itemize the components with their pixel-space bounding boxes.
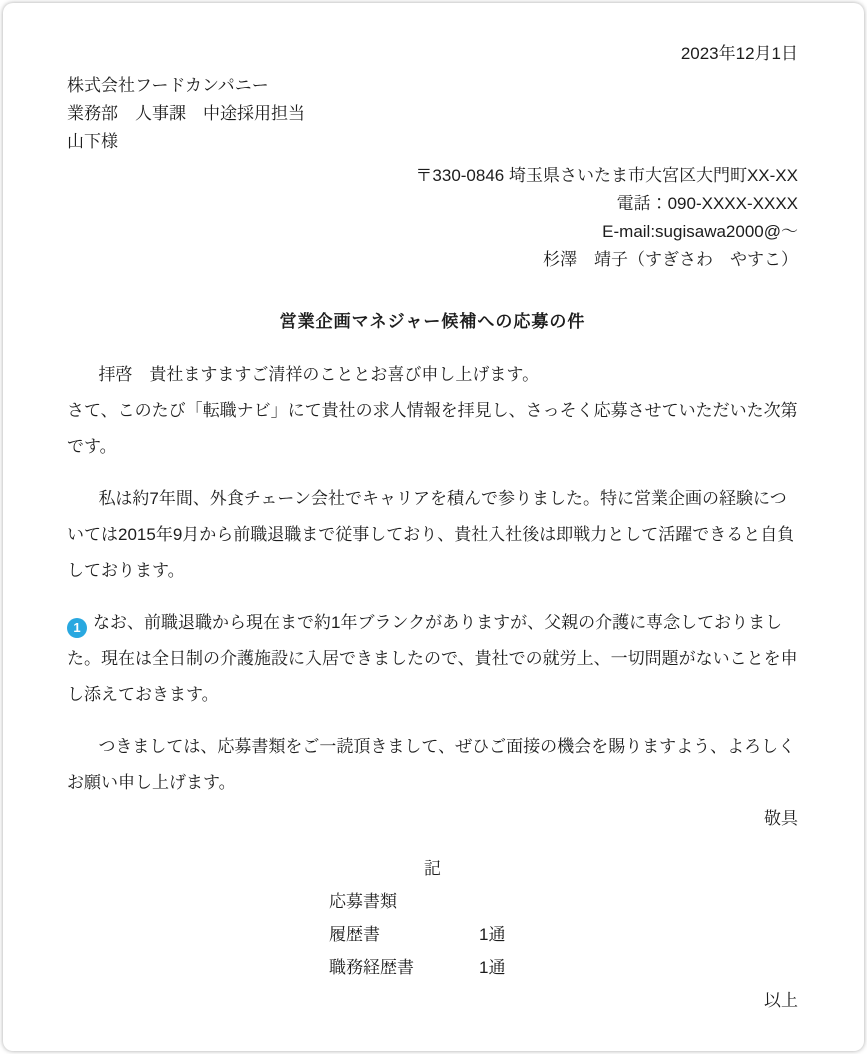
- paragraph-request: つきましては、応募書類をご一読頂きまして、ぜひご面接の機会を賜りますよう、よろし…: [67, 729, 798, 801]
- letter-subject: 営業企画マネジャー候補への応募の件: [67, 304, 798, 340]
- sender-phone: 電話：090-XXXX-XXXX: [67, 190, 798, 218]
- enclosure-list-title: 応募書類: [329, 885, 798, 918]
- sender-email: E-mail:sugisawa2000@～: [67, 218, 798, 246]
- recipient-person: 山下様: [67, 128, 798, 156]
- postscript-end-word: 以上: [67, 984, 798, 1017]
- enclosure-item: 履歴書1通: [329, 918, 798, 951]
- paragraph-intro: さて、このたび「転職ナビ」にて貴社の求人情報を拝見し、さっそく応募させていただい…: [67, 393, 798, 465]
- enclosure-item: 職務経歴書1通: [329, 951, 798, 984]
- closing-word: 敬具: [67, 801, 798, 837]
- paragraph-career: 私は約7年間、外食チェーン会社でキャリアを積んで参りました。特に営業企画の経験に…: [67, 481, 798, 589]
- recipient-block: 株式会社フードカンパニー 業務部 人事課 中途採用担当 山下様: [67, 72, 798, 156]
- letter-document: 2023年12月1日 株式会社フードカンパニー 業務部 人事課 中途採用担当 山…: [3, 3, 864, 1051]
- postscript-block: 記 応募書類 履歴書1通 職務経歴書1通 以上: [67, 852, 798, 1017]
- letter-date: 2023年12月1日: [67, 40, 798, 68]
- paragraph-blank-note-text: なお、前職退職から現在まで約1年ブランクがありますが、父親の介護に専念しておりま…: [67, 613, 798, 704]
- recipient-department: 業務部 人事課 中途採用担当: [67, 100, 798, 128]
- paragraph-greeting: 拝啓 貴社ますますご清祥のこととお喜び申し上げます。: [67, 357, 798, 393]
- recipient-company: 株式会社フードカンパニー: [67, 72, 798, 100]
- sender-block: 〒330-0846 埼玉県さいたま市大宮区大門町XX-XX 電話：090-XXX…: [67, 162, 798, 274]
- enclosure-list: 応募書類 履歴書1通 職務経歴書1通: [329, 885, 798, 984]
- enclosure-item-label: 履歴書: [329, 918, 479, 951]
- enclosure-item-label: 職務経歴書: [329, 951, 479, 984]
- annotation-1-badge[interactable]: 1: [67, 618, 87, 638]
- sender-postal-address: 〒330-0846 埼玉県さいたま市大宮区大門町XX-XX: [67, 162, 798, 190]
- enclosure-item-count: 1通: [479, 958, 505, 977]
- sender-name: 杉澤 靖子（すぎさわ やすこ）: [67, 246, 798, 274]
- paragraph-blank-note: 1なお、前職退職から現在まで約1年ブランクがありますが、父親の介護に専念しており…: [67, 605, 798, 713]
- letter-body: 拝啓 貴社ますますご清祥のこととお喜び申し上げます。 さて、このたび「転職ナビ」…: [67, 357, 798, 837]
- enclosure-item-count: 1通: [479, 925, 505, 944]
- postscript-heading: 記: [67, 852, 798, 885]
